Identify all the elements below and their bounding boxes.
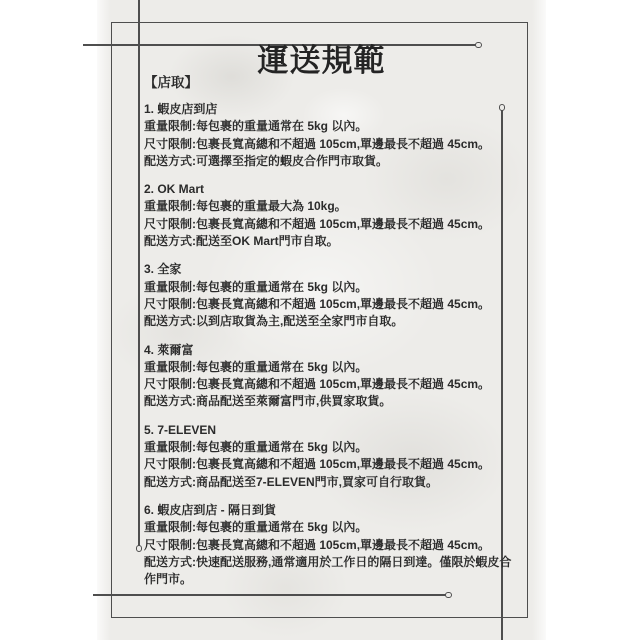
inner-frame-left-line bbox=[138, 0, 140, 548]
page-title: 運送規範 bbox=[97, 43, 546, 78]
section-heading: 3. 全家 bbox=[144, 261, 514, 278]
delivery-method-text: 配送方式:可選擇至指定的蝦皮合作門市取貨。 bbox=[144, 153, 514, 170]
weight-limit-text: 重量限制:每包裹的重量通常在 5kg 以內。 bbox=[144, 118, 514, 135]
section-shopee-next-day: 6. 蝦皮店到店 - 隔日到貨 重量限制:每包裹的重量通常在 5kg 以內。 尺… bbox=[144, 502, 514, 588]
section-heading: 4. 萊爾富 bbox=[144, 342, 514, 359]
size-limit-text: 尺寸限制:包裹長寬高總和不超過 105cm,單邊最長不超過 45cm。 bbox=[144, 376, 514, 393]
section-family-mart: 3. 全家 重量限制:每包裹的重量通常在 5kg 以內。 尺寸限制:包裹長寬高總… bbox=[144, 261, 514, 330]
size-limit-text: 尺寸限制:包裹長寬高總和不超過 105cm,單邊最長不超過 45cm。 bbox=[144, 537, 514, 554]
delivery-method-text: 配送方式:以到店取貨為主,配送至全家門市自取。 bbox=[144, 313, 514, 330]
weight-limit-text: 重量限制:每包裹的重量最大為 10kg。 bbox=[144, 198, 514, 215]
section-hi-life: 4. 萊爾富 重量限制:每包裹的重量通常在 5kg 以內。 尺寸限制:包裹長寬高… bbox=[144, 342, 514, 411]
rules-content: 1. 蝦皮店到店 重量限制:每包裹的重量通常在 5kg 以內。 尺寸限制:包裹長… bbox=[144, 101, 514, 599]
section-seven-eleven: 5. 7-ELEVEN 重量限制:每包裹的重量通常在 5kg 以內。 尺寸限制:… bbox=[144, 422, 514, 491]
delivery-method-text: 配送方式:快速配送服務,通常適用於工作日的隔日到達。僅限於蝦皮合作門市。 bbox=[144, 554, 514, 589]
section-heading: 5. 7-ELEVEN bbox=[144, 422, 514, 439]
weight-limit-text: 重量限制:每包裹的重量通常在 5kg 以內。 bbox=[144, 439, 514, 456]
size-limit-text: 尺寸限制:包裹長寬高總和不超過 105cm,單邊最長不超過 45cm。 bbox=[144, 456, 514, 473]
section-heading: 1. 蝦皮店到店 bbox=[144, 101, 514, 118]
section-ok-mart: 2. OK Mart 重量限制:每包裹的重量最大為 10kg。 尺寸限制:包裹長… bbox=[144, 181, 514, 250]
category-label: 【店取】 bbox=[144, 74, 198, 91]
weight-limit-text: 重量限制:每包裹的重量通常在 5kg 以內。 bbox=[144, 279, 514, 296]
shipping-regulations-notice: 運送規範 【店取】 1. 蝦皮店到店 重量限制:每包裹的重量通常在 5kg 以內… bbox=[0, 0, 640, 640]
section-heading: 2. OK Mart bbox=[144, 181, 514, 198]
section-heading: 6. 蝦皮店到店 - 隔日到貨 bbox=[144, 502, 514, 519]
size-limit-text: 尺寸限制:包裹長寬高總和不超過 105cm,單邊最長不超過 45cm。 bbox=[144, 136, 514, 153]
size-limit-text: 尺寸限制:包裹長寬高總和不超過 105cm,單邊最長不超過 45cm。 bbox=[144, 216, 514, 233]
delivery-method-text: 配送方式:配送至OK Mart門市自取。 bbox=[144, 233, 514, 250]
line-end-dot-left bbox=[136, 545, 143, 552]
weight-limit-text: 重量限制:每包裹的重量通常在 5kg 以內。 bbox=[144, 359, 514, 376]
section-shopee-store: 1. 蝦皮店到店 重量限制:每包裹的重量通常在 5kg 以內。 尺寸限制:包裹長… bbox=[144, 101, 514, 170]
size-limit-text: 尺寸限制:包裹長寬高總和不超過 105cm,單邊最長不超過 45cm。 bbox=[144, 296, 514, 313]
weight-limit-text: 重量限制:每包裹的重量通常在 5kg 以內。 bbox=[144, 519, 514, 536]
delivery-method-text: 配送方式:商品配送至7-ELEVEN門市,買家可自行取貨。 bbox=[144, 474, 514, 491]
delivery-method-text: 配送方式:商品配送至萊爾富門市,供買家取貨。 bbox=[144, 393, 514, 410]
